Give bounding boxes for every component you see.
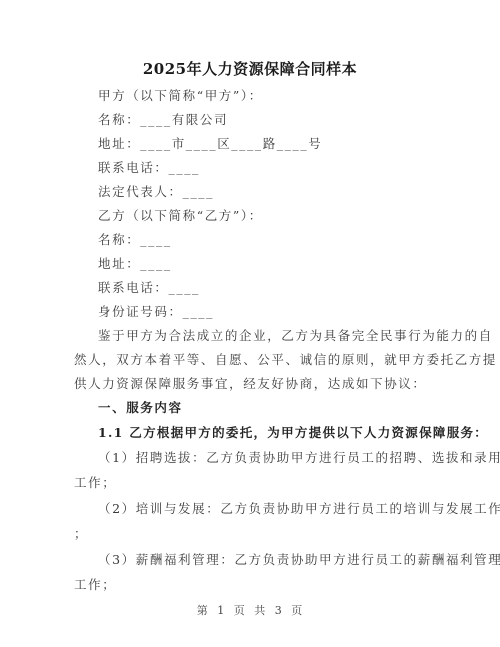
service-item-line: （3）薪酬福利管理：乙方负责协助甲方进行员工的薪酬福利管理 [98, 550, 500, 568]
party-b-header: 乙方（以下简称“乙方”）： [98, 206, 263, 224]
party-b-phone: 联系电话：____ [98, 278, 200, 296]
party-b-id-number: 身份证号码：____ [98, 302, 214, 320]
preamble-line: 然人，双方本着平等、自愿、公平、诚信的原则，就甲方委托乙方提 [74, 350, 497, 368]
service-item-line: 工作； [74, 575, 116, 593]
party-a-name: 名称：____有限公司 [98, 110, 228, 128]
service-item-line: ； [74, 524, 88, 542]
party-a-legal-rep: 法定代表人：____ [98, 182, 214, 200]
section-heading: 一、服务内容 [98, 398, 183, 416]
service-item-line: （1）招聘选拔：乙方负责协助甲方进行员工的招聘、选拔和录用 [98, 448, 500, 466]
page-indicator: 第 1 页 共 3 页 [0, 602, 500, 618]
service-item-line: （2）培训与发展：乙方负责协助甲方进行员工的培训与发展工作 [98, 499, 500, 517]
party-b-name: 名称：____ [98, 230, 172, 248]
party-a-phone: 联系电话：____ [98, 158, 200, 176]
party-b-address: 地址：____ [98, 254, 172, 272]
document-title: 2025年人力资源保障合同样本 [0, 58, 500, 79]
document-page: 2025年人力资源保障合同样本 甲方（以下简称“甲方”）： 名称：____有限公… [0, 0, 500, 647]
service-item-line: 工作； [74, 473, 116, 491]
preamble-line: 鉴于甲方为合法成立的企业，乙方为具备完全民事行为能力的自 [98, 326, 493, 344]
party-a-address: 地址：____市____区____路____号 [98, 134, 322, 152]
clause-1-1: 1.1 乙方根据甲方的委托，为甲方提供以下人力资源保障服务： [98, 423, 488, 441]
party-a-header: 甲方（以下简称“甲方”）： [98, 86, 263, 104]
preamble-line: 供人力资源保障服务事宜，经友好协商，达成如下协议： [74, 374, 427, 392]
